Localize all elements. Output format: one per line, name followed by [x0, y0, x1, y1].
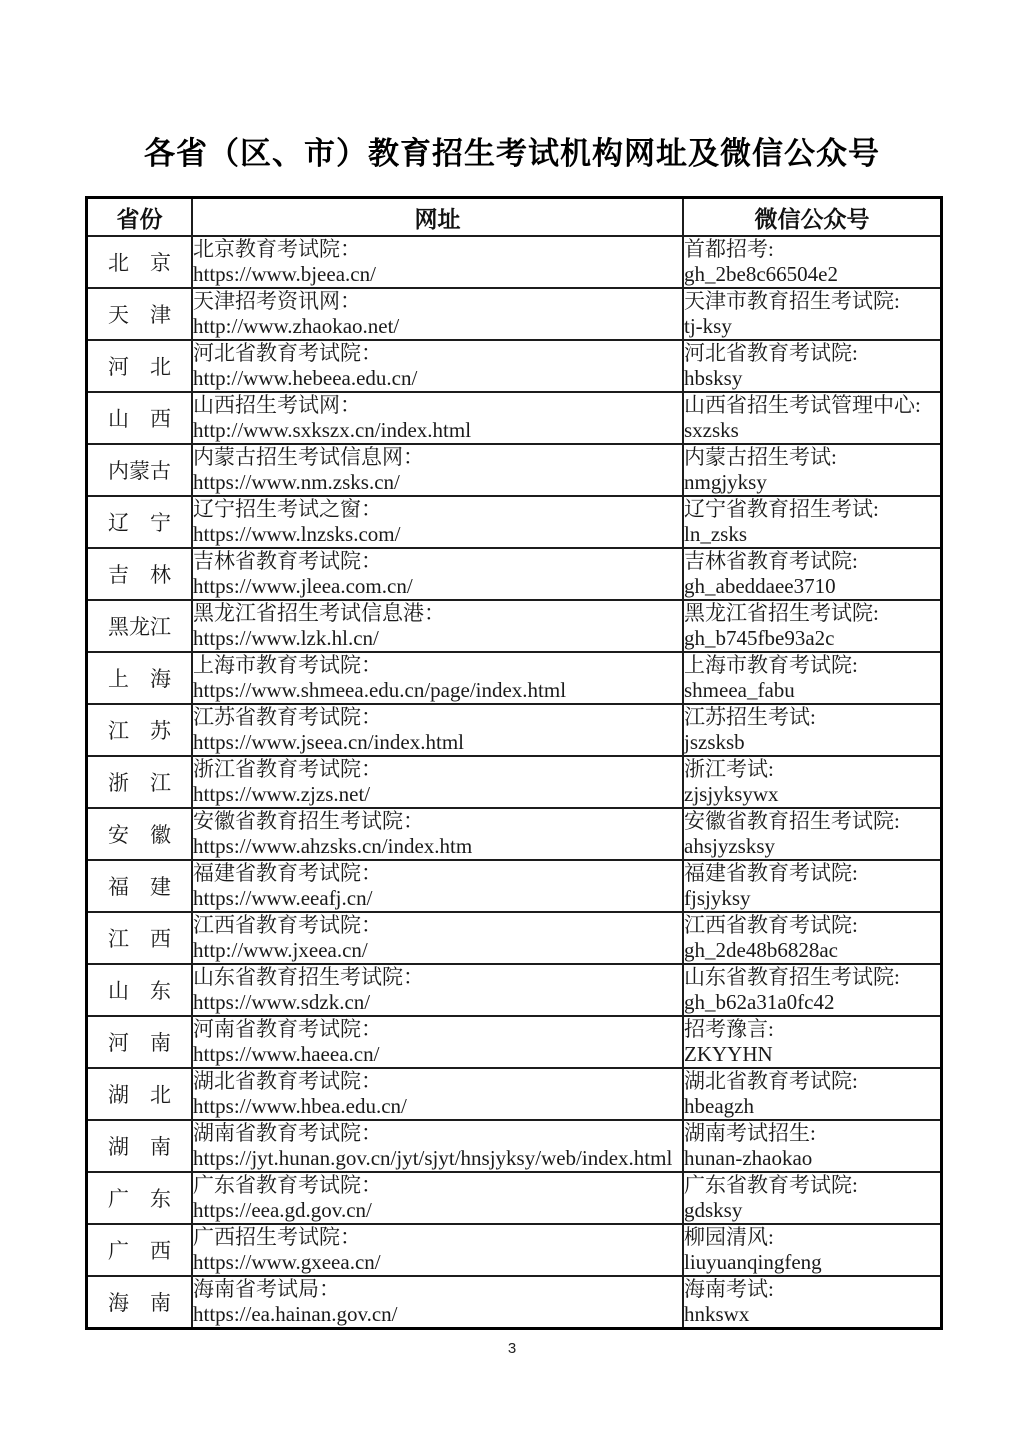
page-title: 各省（区、市）教育招生考试机构网址及微信公众号 — [0, 128, 1024, 173]
website-url: https://www.jseea.cn/index.html — [193, 730, 682, 755]
wechat-id: gh_2be8c66504e2 — [684, 262, 940, 287]
website-cell: 吉林省教育考试院： https://www.jleea.com.cn/ — [192, 548, 683, 600]
province-cell: 北 京 — [87, 236, 193, 288]
province-cell: 山 东 — [87, 964, 193, 1016]
table-header-row: 省份 网址 微信公众号 — [87, 198, 942, 237]
website-name: 海南省考试局： — [193, 1277, 682, 1302]
table-row: 内蒙古 内蒙古招生考试信息网： https://www.nm.zsks.cn/ … — [87, 444, 942, 496]
website-cell: 河北省教育考试院： http://www.hebeea.edu.cn/ — [192, 340, 683, 392]
website-name: 山东省教育招生考试院： — [193, 965, 682, 990]
wechat-id: gh_abeddaee3710 — [684, 574, 940, 599]
website-name: 天津招考资讯网： — [193, 289, 682, 314]
wechat-name: 浙江考试: — [684, 757, 940, 782]
province-cell: 上 海 — [87, 652, 193, 704]
wechat-cell: 内蒙古招生考试: nmgjyksy — [683, 444, 942, 496]
wechat-cell: 广东省教育考试院: gdsksy — [683, 1172, 942, 1224]
website-name: 河南省教育考试院： — [193, 1017, 682, 1042]
province-cell: 河 北 — [87, 340, 193, 392]
website-name: 河北省教育考试院： — [193, 341, 682, 366]
wechat-name: 招考豫言: — [684, 1017, 940, 1042]
table-row: 海 南 海南省考试局： https://ea.hainan.gov.cn/ 海南… — [87, 1276, 942, 1329]
website-cell: 江苏省教育考试院： https://www.jseea.cn/index.htm… — [192, 704, 683, 756]
province-cell: 安 徽 — [87, 808, 193, 860]
header-wechat-account: 微信公众号 — [683, 198, 942, 237]
table-row: 安 徽 安徽省教育招生考试院： https://www.ahzsks.cn/in… — [87, 808, 942, 860]
wechat-cell: 招考豫言: ZKYYHN — [683, 1016, 942, 1068]
wechat-id: ln_zsks — [684, 522, 940, 547]
wechat-name: 上海市教育考试院: — [684, 653, 940, 678]
wechat-name: 山东省教育招生考试院: — [684, 965, 940, 990]
website-cell: 海南省考试局： https://ea.hainan.gov.cn/ — [192, 1276, 683, 1329]
wechat-id: nmgjyksy — [684, 470, 940, 495]
website-cell: 浙江省教育考试院： https://www.zjzs.net/ — [192, 756, 683, 808]
table-row: 福 建 福建省教育考试院： https://www.eeafj.cn/ 福建省教… — [87, 860, 942, 912]
province-cell: 内蒙古 — [87, 444, 193, 496]
website-url: https://www.zjzs.net/ — [193, 782, 682, 807]
wechat-name: 山西省招生考试管理中心: — [684, 393, 940, 418]
province-cell: 广 东 — [87, 1172, 193, 1224]
wechat-id: shmeea_fabu — [684, 678, 940, 703]
wechat-id: zjsjyksywx — [684, 782, 940, 807]
province-cell: 湖 南 — [87, 1120, 193, 1172]
website-url: https://www.bjeea.cn/ — [193, 262, 682, 287]
province-cell: 辽 宁 — [87, 496, 193, 548]
table-row: 辽 宁 辽宁招生考试之窗： https://www.lnzsks.com/ 辽宁… — [87, 496, 942, 548]
wechat-name: 安徽省教育招生考试院: — [684, 809, 940, 834]
website-url: https://www.gxeea.cn/ — [193, 1250, 682, 1275]
wechat-id: hnkswx — [684, 1302, 940, 1327]
table-row: 江 苏 江苏省教育考试院： https://www.jseea.cn/index… — [87, 704, 942, 756]
province-cell: 湖 北 — [87, 1068, 193, 1120]
website-url: http://www.sxkszx.cn/index.html — [193, 418, 682, 443]
wechat-id: fjsjyksy — [684, 886, 940, 911]
wechat-name: 天津市教育招生考试院: — [684, 289, 940, 314]
wechat-name: 江苏招生考试: — [684, 705, 940, 730]
wechat-cell: 山东省教育招生考试院: gh_b62a31a0fc42 — [683, 964, 942, 1016]
wechat-cell: 首都招考: gh_2be8c66504e2 — [683, 236, 942, 288]
document-page: 各省（区、市）教育招生考试机构网址及微信公众号 省份 网址 微信公众号 北 京 … — [0, 0, 1024, 1448]
website-cell: 河南省教育考试院： https://www.haeea.cn/ — [192, 1016, 683, 1068]
website-name: 广西招生考试院： — [193, 1225, 682, 1250]
website-name: 湖北省教育考试院： — [193, 1069, 682, 1094]
wechat-name: 柳园清风: — [684, 1225, 940, 1250]
website-cell: 福建省教育考试院： https://www.eeafj.cn/ — [192, 860, 683, 912]
website-cell: 上海市教育考试院： https://www.shmeea.edu.cn/page… — [192, 652, 683, 704]
website-url: https://www.haeea.cn/ — [193, 1042, 682, 1067]
website-cell: 广西招生考试院： https://www.gxeea.cn/ — [192, 1224, 683, 1276]
website-cell: 内蒙古招生考试信息网： https://www.nm.zsks.cn/ — [192, 444, 683, 496]
wechat-cell: 海南考试: hnkswx — [683, 1276, 942, 1329]
wechat-name: 首都招考: — [684, 237, 940, 262]
wechat-id: ahsjyzsksy — [684, 834, 940, 859]
table-row: 湖 北 湖北省教育考试院： https://www.hbea.edu.cn/ 湖… — [87, 1068, 942, 1120]
table-row: 广 西 广西招生考试院： https://www.gxeea.cn/ 柳园清风:… — [87, 1224, 942, 1276]
website-url: https://www.shmeea.edu.cn/page/index.htm… — [193, 678, 682, 703]
province-cell: 浙 江 — [87, 756, 193, 808]
wechat-cell: 山西省招生考试管理中心: sxzsks — [683, 392, 942, 444]
table-header: 省份 网址 微信公众号 — [87, 198, 942, 237]
wechat-id: ZKYYHN — [684, 1042, 940, 1067]
website-url: https://www.eeafj.cn/ — [193, 886, 682, 911]
wechat-id: liuyuanqingfeng — [684, 1250, 940, 1275]
wechat-id: gh_b62a31a0fc42 — [684, 990, 940, 1015]
wechat-id: hunan-zhaokao — [684, 1146, 940, 1171]
table-row: 浙 江 浙江省教育考试院： https://www.zjzs.net/ 浙江考试… — [87, 756, 942, 808]
wechat-cell: 柳园清风: liuyuanqingfeng — [683, 1224, 942, 1276]
website-url: http://www.hebeea.edu.cn/ — [193, 366, 682, 391]
website-cell: 北京教育考试院： https://www.bjeea.cn/ — [192, 236, 683, 288]
table-row: 上 海 上海市教育考试院： https://www.shmeea.edu.cn/… — [87, 652, 942, 704]
province-cell: 福 建 — [87, 860, 193, 912]
wechat-id: hbsksy — [684, 366, 940, 391]
website-url: https://ea.hainan.gov.cn/ — [193, 1302, 682, 1327]
website-cell: 广东省教育考试院： https://eea.gd.gov.cn/ — [192, 1172, 683, 1224]
website-url: https://www.jleea.com.cn/ — [193, 574, 682, 599]
website-name: 山西招生考试网： — [193, 393, 682, 418]
website-name: 黑龙江省招生考试信息港： — [193, 601, 682, 626]
website-cell: 天津招考资讯网： http://www.zhaokao.net/ — [192, 288, 683, 340]
website-name: 北京教育考试院： — [193, 237, 682, 262]
wechat-cell: 安徽省教育招生考试院: ahsjyzsksy — [683, 808, 942, 860]
website-cell: 湖南省教育考试院： https://jyt.hunan.gov.cn/jyt/s… — [192, 1120, 683, 1172]
table-row: 天 津 天津招考资讯网： http://www.zhaokao.net/ 天津市… — [87, 288, 942, 340]
page-number: 3 — [0, 1340, 1024, 1357]
wechat-cell: 江苏招生考试: jszsksb — [683, 704, 942, 756]
header-website: 网址 — [192, 198, 683, 237]
province-cell: 黑龙江 — [87, 600, 193, 652]
website-url: https://eea.gd.gov.cn/ — [193, 1198, 682, 1223]
province-cell: 河 南 — [87, 1016, 193, 1068]
website-name: 辽宁招生考试之窗： — [193, 497, 682, 522]
website-name: 湖南省教育考试院： — [193, 1121, 682, 1146]
website-name: 安徽省教育招生考试院： — [193, 809, 682, 834]
table-body: 北 京 北京教育考试院： https://www.bjeea.cn/ 首都招考:… — [87, 236, 942, 1329]
table-row: 黑龙江 黑龙江省招生考试信息港： https://www.lzk.hl.cn/ … — [87, 600, 942, 652]
wechat-id: sxzsks — [684, 418, 940, 443]
website-url: https://www.lnzsks.com/ — [193, 522, 682, 547]
province-cell: 天 津 — [87, 288, 193, 340]
website-url: http://www.jxeea.cn/ — [193, 938, 682, 963]
wechat-cell: 浙江考试: zjsjyksywx — [683, 756, 942, 808]
wechat-cell: 河北省教育考试院: hbsksy — [683, 340, 942, 392]
website-name: 上海市教育考试院： — [193, 653, 682, 678]
header-province: 省份 — [87, 198, 193, 237]
website-cell: 辽宁招生考试之窗： https://www.lnzsks.com/ — [192, 496, 683, 548]
website-cell: 黑龙江省招生考试信息港： https://www.lzk.hl.cn/ — [192, 600, 683, 652]
wechat-name: 广东省教育考试院: — [684, 1173, 940, 1198]
website-cell: 安徽省教育招生考试院： https://www.ahzsks.cn/index.… — [192, 808, 683, 860]
table-row: 山 西 山西招生考试网： http://www.sxkszx.cn/index.… — [87, 392, 942, 444]
wechat-name: 河北省教育考试院: — [684, 341, 940, 366]
table-row: 湖 南 湖南省教育考试院： https://jyt.hunan.gov.cn/j… — [87, 1120, 942, 1172]
website-name: 江苏省教育考试院： — [193, 705, 682, 730]
wechat-name: 海南考试: — [684, 1277, 940, 1302]
table-row: 江 西 江西省教育考试院： http://www.jxeea.cn/ 江西省教育… — [87, 912, 942, 964]
province-cell: 江 苏 — [87, 704, 193, 756]
wechat-name: 福建省教育考试院: — [684, 861, 940, 886]
wechat-cell: 吉林省教育考试院: gh_abeddaee3710 — [683, 548, 942, 600]
wechat-id: jszsksb — [684, 730, 940, 755]
province-cell: 海 南 — [87, 1276, 193, 1329]
wechat-name: 湖南考试招生: — [684, 1121, 940, 1146]
wechat-id: tj-ksy — [684, 314, 940, 339]
wechat-id: gdsksy — [684, 1198, 940, 1223]
website-name: 浙江省教育考试院： — [193, 757, 682, 782]
wechat-name: 内蒙古招生考试: — [684, 445, 940, 470]
table-row: 山 东 山东省教育招生考试院： https://www.sdzk.cn/ 山东省… — [87, 964, 942, 1016]
website-url: https://www.ahzsks.cn/index.htm — [193, 834, 682, 859]
table-row: 北 京 北京教育考试院： https://www.bjeea.cn/ 首都招考:… — [87, 236, 942, 288]
website-url: https://jyt.hunan.gov.cn/jyt/sjyt/hnsjyk… — [193, 1146, 682, 1171]
wechat-cell: 江西省教育考试院: gh_2de48b6828ac — [683, 912, 942, 964]
wechat-id: hbeagzh — [684, 1094, 940, 1119]
province-cell: 广 西 — [87, 1224, 193, 1276]
website-name: 吉林省教育考试院： — [193, 549, 682, 574]
wechat-cell: 湖北省教育考试院: hbeagzh — [683, 1068, 942, 1120]
website-url: http://www.zhaokao.net/ — [193, 314, 682, 339]
wechat-name: 湖北省教育考试院: — [684, 1069, 940, 1094]
website-cell: 江西省教育考试院： http://www.jxeea.cn/ — [192, 912, 683, 964]
wechat-cell: 辽宁省教育招生考试: ln_zsks — [683, 496, 942, 548]
table-row: 河 北 河北省教育考试院： http://www.hebeea.edu.cn/ … — [87, 340, 942, 392]
table-row: 吉 林 吉林省教育考试院： https://www.jleea.com.cn/ … — [87, 548, 942, 600]
website-cell: 山东省教育招生考试院： https://www.sdzk.cn/ — [192, 964, 683, 1016]
website-cell: 山西招生考试网： http://www.sxkszx.cn/index.html — [192, 392, 683, 444]
wechat-name: 江西省教育考试院: — [684, 913, 940, 938]
wechat-cell: 湖南考试招生: hunan-zhaokao — [683, 1120, 942, 1172]
province-cell: 山 西 — [87, 392, 193, 444]
wechat-cell: 天津市教育招生考试院: tj-ksy — [683, 288, 942, 340]
table-row: 河 南 河南省教育考试院： https://www.haeea.cn/ 招考豫言… — [87, 1016, 942, 1068]
wechat-id: gh_b745fbe93a2c — [684, 626, 940, 651]
province-exam-table: 省份 网址 微信公众号 北 京 北京教育考试院： https://www.bje… — [85, 196, 943, 1330]
wechat-cell: 上海市教育考试院: shmeea_fabu — [683, 652, 942, 704]
website-url: https://www.sdzk.cn/ — [193, 990, 682, 1015]
website-url: https://www.nm.zsks.cn/ — [193, 470, 682, 495]
wechat-cell: 黑龙江省招生考试院: gh_b745fbe93a2c — [683, 600, 942, 652]
website-name: 内蒙古招生考试信息网： — [193, 445, 682, 470]
wechat-name: 黑龙江省招生考试院: — [684, 601, 940, 626]
wechat-name: 辽宁省教育招生考试: — [684, 497, 940, 522]
website-url: https://www.hbea.edu.cn/ — [193, 1094, 682, 1119]
website-cell: 湖北省教育考试院： https://www.hbea.edu.cn/ — [192, 1068, 683, 1120]
website-name: 福建省教育考试院： — [193, 861, 682, 886]
wechat-id: gh_2de48b6828ac — [684, 938, 940, 963]
province-cell: 江 西 — [87, 912, 193, 964]
province-cell: 吉 林 — [87, 548, 193, 600]
wechat-name: 吉林省教育考试院: — [684, 549, 940, 574]
website-name: 江西省教育考试院： — [193, 913, 682, 938]
website-name: 广东省教育考试院： — [193, 1173, 682, 1198]
table-row: 广 东 广东省教育考试院： https://eea.gd.gov.cn/ 广东省… — [87, 1172, 942, 1224]
wechat-cell: 福建省教育考试院: fjsjyksy — [683, 860, 942, 912]
website-url: https://www.lzk.hl.cn/ — [193, 626, 682, 651]
